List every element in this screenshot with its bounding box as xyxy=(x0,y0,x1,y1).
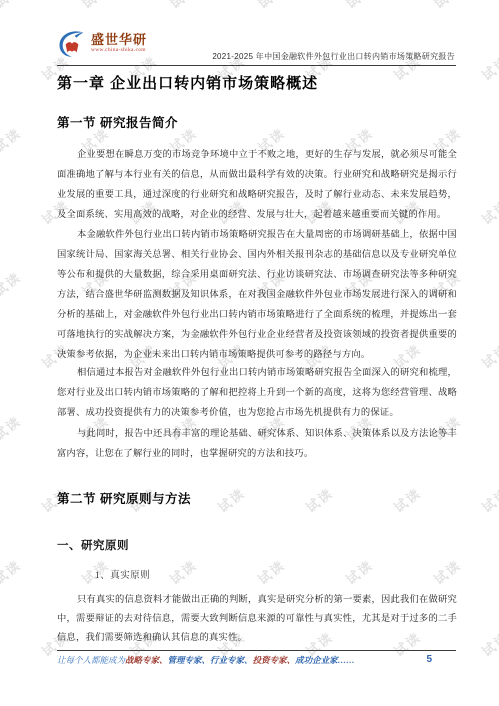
paragraph: 企业要想在瞬息万变的市场竞争环境中立于不败之地，更好的生存与发展，就必须尽可能全… xyxy=(57,145,457,225)
paragraph: 相信通过本报告对金融软件外包行业出口转内销市场策略研究报告全面深入的研究和梳理，… xyxy=(57,363,457,423)
footer-divider xyxy=(57,650,456,651)
logo-website-text: www.china-shika.com xyxy=(91,48,147,54)
footer-keyword: 管理专家、 xyxy=(168,655,211,665)
paragraph: 本金融软件外包行业出口转内销市场策略研究报告在大量周密的市场调研基础上，依据中国… xyxy=(57,225,457,365)
paragraph: 只有真实的信息资料才能做出正确的判断，真实是研究分析的第一要素，因此我们在做研究… xyxy=(57,591,457,648)
logo-company-name: 盛世华研 xyxy=(91,33,147,46)
logo-text-block: 盛世华研 www.china-shika.com xyxy=(91,33,147,54)
footer-keyword: 成功企业家…… xyxy=(295,655,355,665)
paragraph: 与此同时，报告中还具有丰富的理论基础、研究体系、知识体系、决策体系以及方法论等丰… xyxy=(57,424,457,464)
logo-swoosh-book-icon xyxy=(57,27,87,59)
footer-keyword: 战略专家、 xyxy=(125,655,168,665)
footer-slogan: 让每个人都能成为战略专家、管理专家、行业专家、投资专家、成功企业家…… xyxy=(57,654,355,666)
footer-keyword: 行业专家、 xyxy=(210,655,253,665)
footer-keyword: 投资专家、 xyxy=(253,655,296,665)
page-content: 盛世华研 www.china-shika.com 2021-2025 年中国金融… xyxy=(0,0,499,706)
report-page: 试读试读试读试读试读试读试读试读试读试读试读试读试读试读试读试读试读试读试读试读… xyxy=(0,0,499,706)
header-divider xyxy=(57,65,456,66)
company-logo: 盛世华研 www.china-shika.com xyxy=(57,27,147,59)
page-footer: 让每个人都能成为战略专家、管理专家、行业专家、投资专家、成功企业家…… 5 xyxy=(57,654,456,666)
section1-title: 第一节 研究报告简介 xyxy=(57,113,178,131)
page-number: 5 xyxy=(426,654,456,665)
section2-title: 第二节 研究原则与方法 xyxy=(57,489,191,507)
footer-slogan-prefix: 让每个人都能成为 xyxy=(57,655,125,665)
section2-subheading: 一、研究原则 xyxy=(57,537,129,553)
report-title: 2021-2025 年中国金融软件外包行业出口转内销市场策略研究报告 xyxy=(212,51,455,62)
chapter-title: 第一章 企业出口转内销市场策略概述 xyxy=(57,72,318,93)
list-item-title: 1、真实原则 xyxy=(95,567,150,581)
